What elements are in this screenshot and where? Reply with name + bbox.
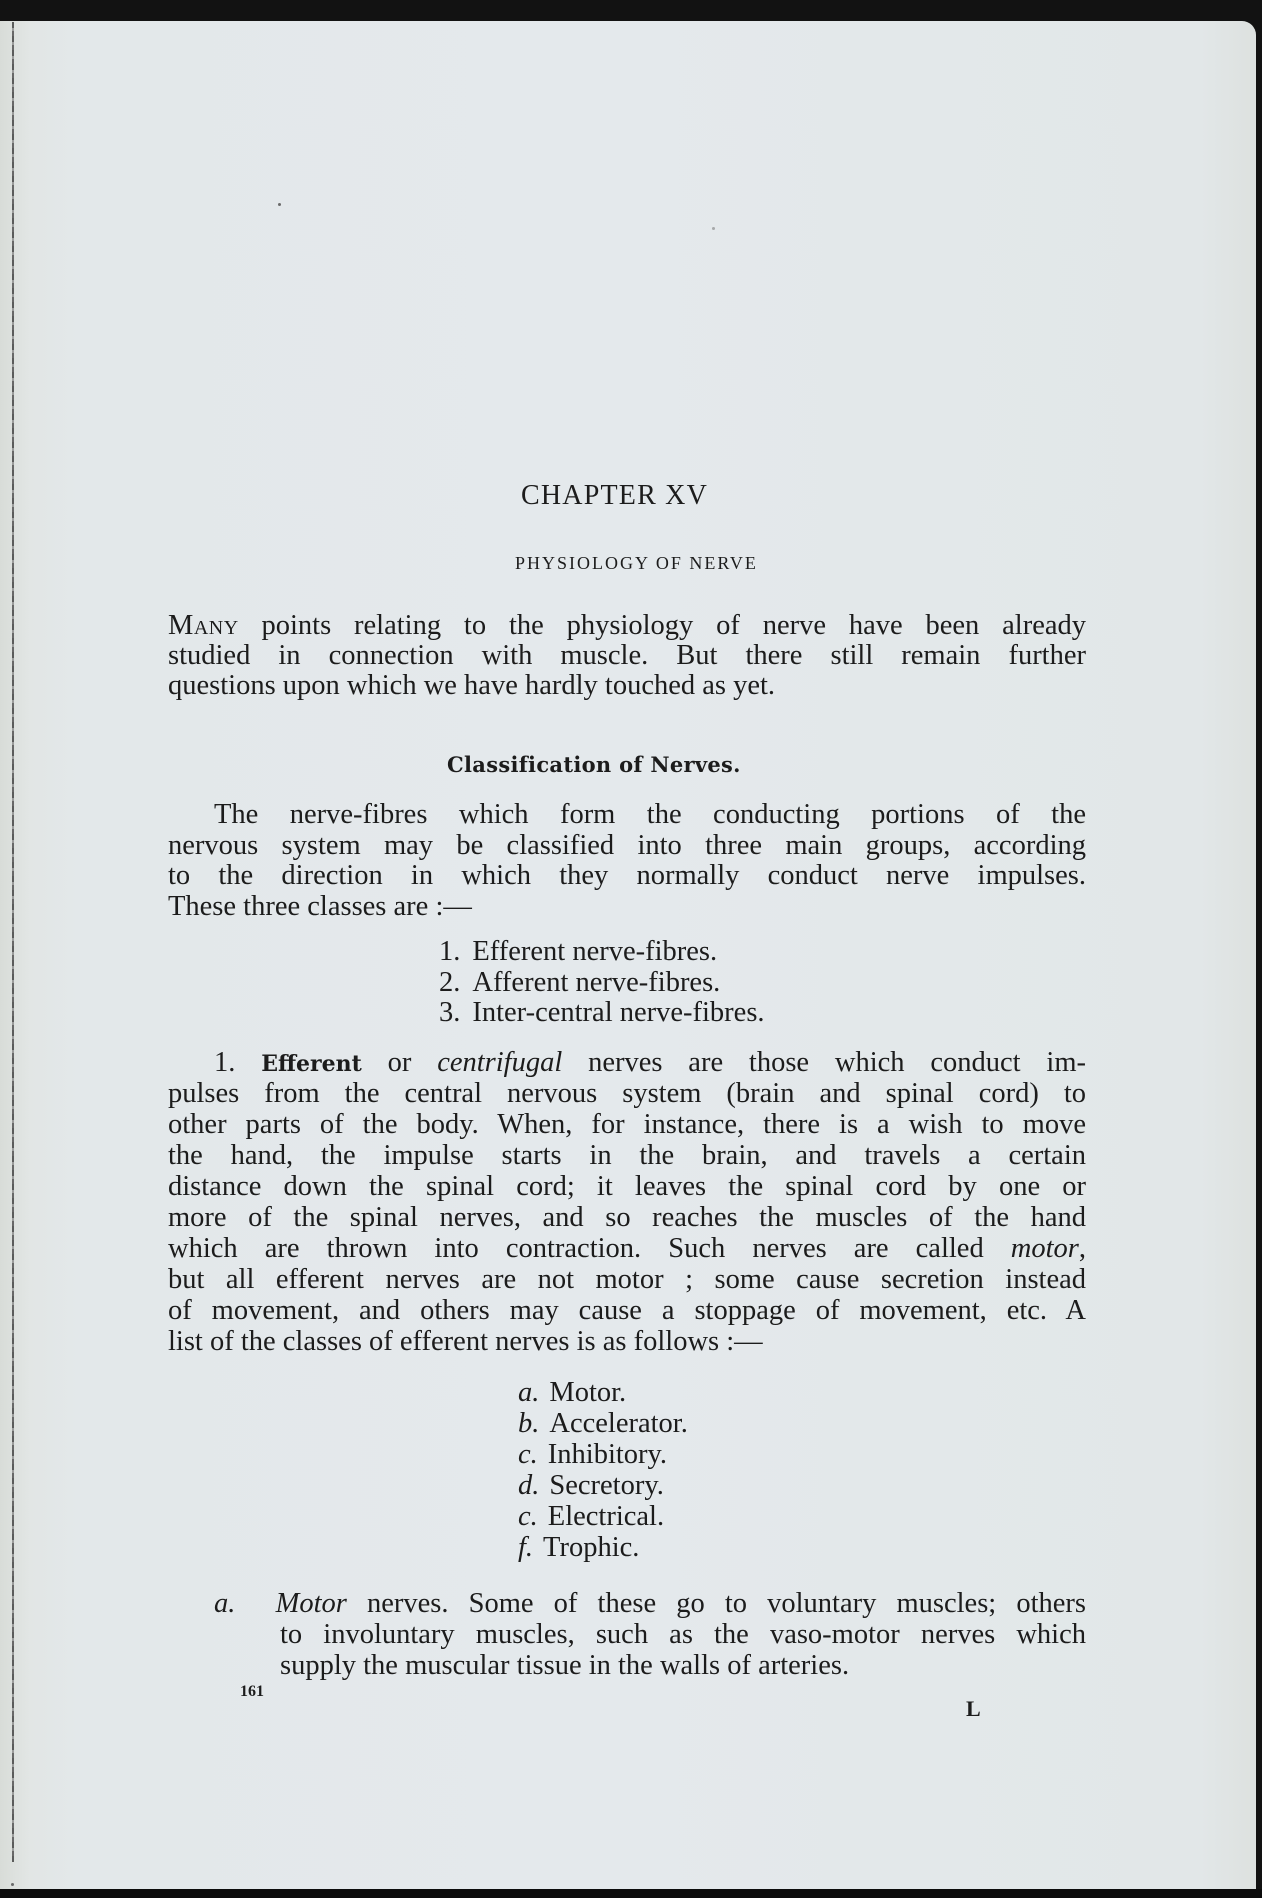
- list-item: 1.Efferent nerve-fibres.: [439, 937, 717, 967]
- motor-item-term: Motor: [276, 1588, 347, 1619]
- section-heading: Classification of Nerves.: [447, 752, 741, 777]
- section-line-2: nervous system may be classified into th…: [168, 831, 1086, 861]
- intro-line-3: questions upon which we have hardly touc…: [168, 671, 775, 701]
- efferent-line-6: more of the spinal nerves, and so reache…: [168, 1203, 1086, 1233]
- scan-speck: [11, 1883, 14, 1886]
- centrifugal-term: centrifugal: [437, 1047, 562, 1078]
- list-item: 2.Afferent nerve-fibres.: [439, 968, 720, 998]
- page-number: 161: [240, 1683, 264, 1701]
- scan-speck: [278, 203, 281, 206]
- scan-bottom-edge: [0, 1889, 1262, 1898]
- list-item: c.Inhibitory.: [518, 1440, 667, 1470]
- efferent-line-1: 1. Efferent or centrifugal nerves are th…: [214, 1048, 1086, 1079]
- list-item: c.Electrical.: [518, 1502, 664, 1532]
- efferent-line-2: pulses from the central nervous system (…: [168, 1079, 1086, 1109]
- motor-term: motor: [1011, 1233, 1079, 1264]
- efferent-line-10: list of the classes of efferent nerves i…: [168, 1327, 763, 1357]
- intro-line-2: studied in connection with muscle. But t…: [168, 641, 1086, 671]
- section-line-1: The nerve-fibres which form the conducti…: [214, 800, 1086, 830]
- efferent-line-8: but all efferent nerves are not motor ; …: [168, 1265, 1086, 1295]
- scan-speck: [712, 227, 715, 230]
- list-item: d.Secretory.: [518, 1471, 664, 1501]
- efferent-line-4: the hand, the impulse starts in the brai…: [168, 1141, 1086, 1171]
- list-item: 3.Inter-central nerve-fibres.: [439, 998, 765, 1028]
- page-gutter-edge: [12, 22, 14, 1862]
- intro-line-1: Many points relating to the physiology o…: [168, 611, 1086, 641]
- motor-item-line-2: to involuntary muscles, such as the vaso…: [280, 1620, 1086, 1650]
- efferent-line-5: distance down the spinal cord; it leaves…: [168, 1172, 1086, 1202]
- list-item: f.Trophic.: [518, 1533, 639, 1563]
- intro-lead-small-caps: Many: [168, 610, 239, 641]
- list-item: b.Accelerator.: [518, 1409, 688, 1439]
- chapter-number: CHAPTER XV: [521, 480, 708, 512]
- efferent-line-9: of movement, and others may cause a stop…: [168, 1296, 1086, 1326]
- signature-mark: L: [966, 1696, 981, 1722]
- efferent-term: Efferent: [261, 1051, 362, 1077]
- motor-item-line-3: supply the muscular tissue in the walls …: [280, 1651, 849, 1681]
- section-line-4: These three classes are :—: [168, 892, 472, 922]
- chapter-title: PHYSIOLOGY OF NERVE: [515, 553, 758, 574]
- section-line-3: to the direction in which they normally …: [168, 861, 1086, 891]
- efferent-line-3: other parts of the body. When, for insta…: [168, 1110, 1086, 1140]
- motor-item-line-1: a. Motor nerves. Some of these go to vol…: [214, 1589, 1086, 1619]
- efferent-line-7: which are thrown into contraction. Such …: [168, 1234, 1086, 1264]
- list-item: a.Motor.: [518, 1378, 626, 1408]
